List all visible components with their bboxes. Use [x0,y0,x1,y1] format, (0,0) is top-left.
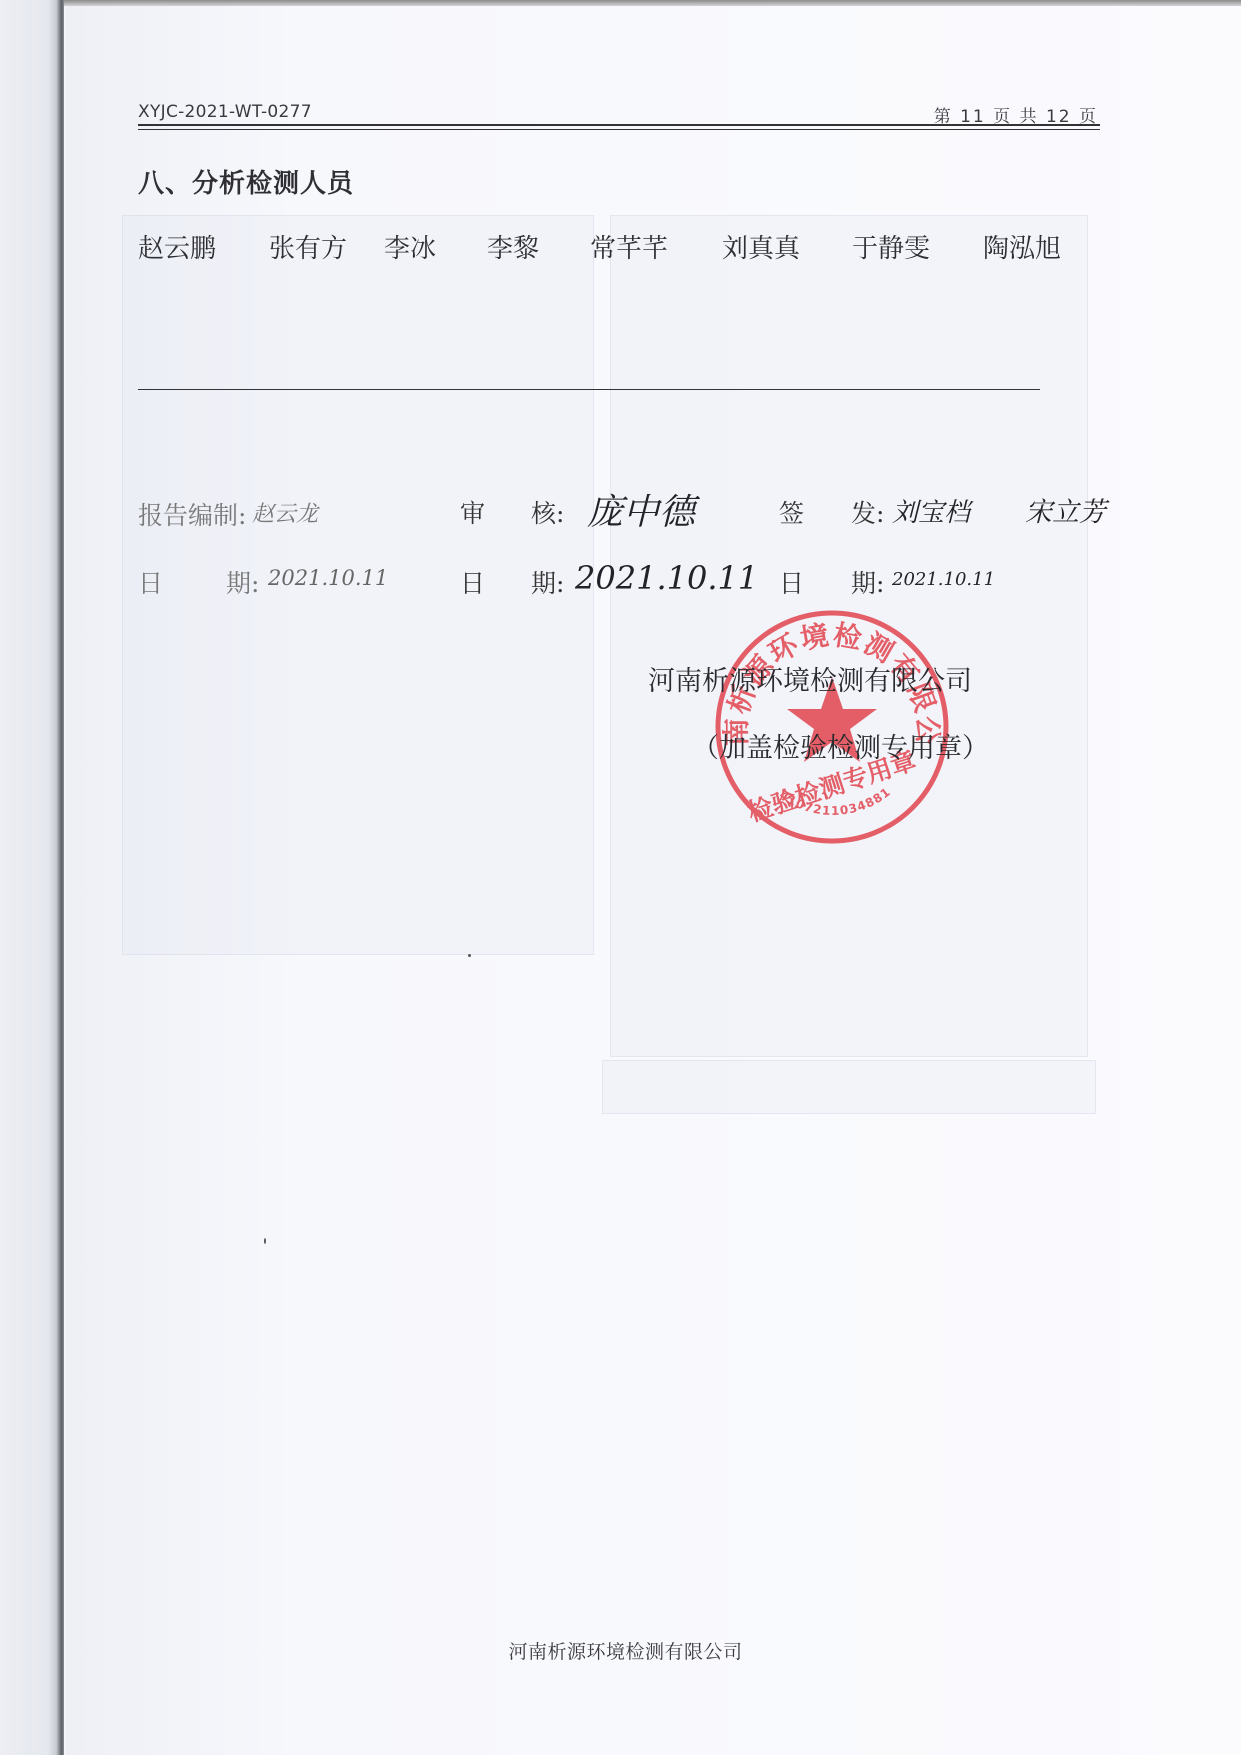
staff-name: 陶泓旭 [983,228,1061,265]
compiled-signature: 赵云龙 [252,497,318,528]
reviewed-label-a: 审 [460,494,485,530]
section-divider [138,389,1040,390]
reviewed-signature: 庞中德 [587,484,695,535]
compiled-date-label-b: 期: [226,564,259,600]
staff-name: 常芊芊 [590,228,668,265]
reviewed-date-label-b: 期: [531,564,564,600]
issued-date-label-a: 日 [779,564,804,600]
stamp-note: （加盖检验检测专用章） [692,726,989,765]
section-title: 八、分析检测人员 [138,163,354,200]
compiled-date: 2021.10.11 [268,566,388,590]
reviewed-label-b: 核: [531,494,564,530]
reviewed-date-label-a: 日 [460,564,485,600]
staff-name: 张有方 [269,228,347,265]
show-through-bar [602,1060,1096,1114]
scanner-spine [0,0,64,1755]
issued-date: 2021.10.11 [892,569,995,590]
issued-date-label-b: 期: [851,564,884,600]
reviewed-date: 2021.10.11 [575,559,758,597]
company-name: 河南析源环境检测有限公司 [648,659,972,698]
compiled-date-label-a: 日 [138,564,163,600]
staff-name: 李冰 [384,228,436,265]
scan-speck [468,954,471,957]
footer-company: 河南析源环境检测有限公司 [0,1637,1241,1664]
issued-label-b: 发: [851,494,884,530]
staff-name: 于静雯 [852,228,930,265]
scan-speck [264,1238,266,1244]
staff-name: 刘真真 [722,228,800,265]
issued-signature-1: 刘宝档 [892,492,970,529]
header-double-rule [138,124,1100,130]
issued-label-a: 签 [779,494,804,530]
staff-name: 李黎 [487,228,539,265]
report-number: XYJC-2021-WT-0277 [138,102,312,122]
staff-name: 赵云鹏 [138,228,216,265]
compiled-label: 报告编制: [138,496,246,532]
issued-signature-2: 宋立芳 [1025,490,1106,529]
